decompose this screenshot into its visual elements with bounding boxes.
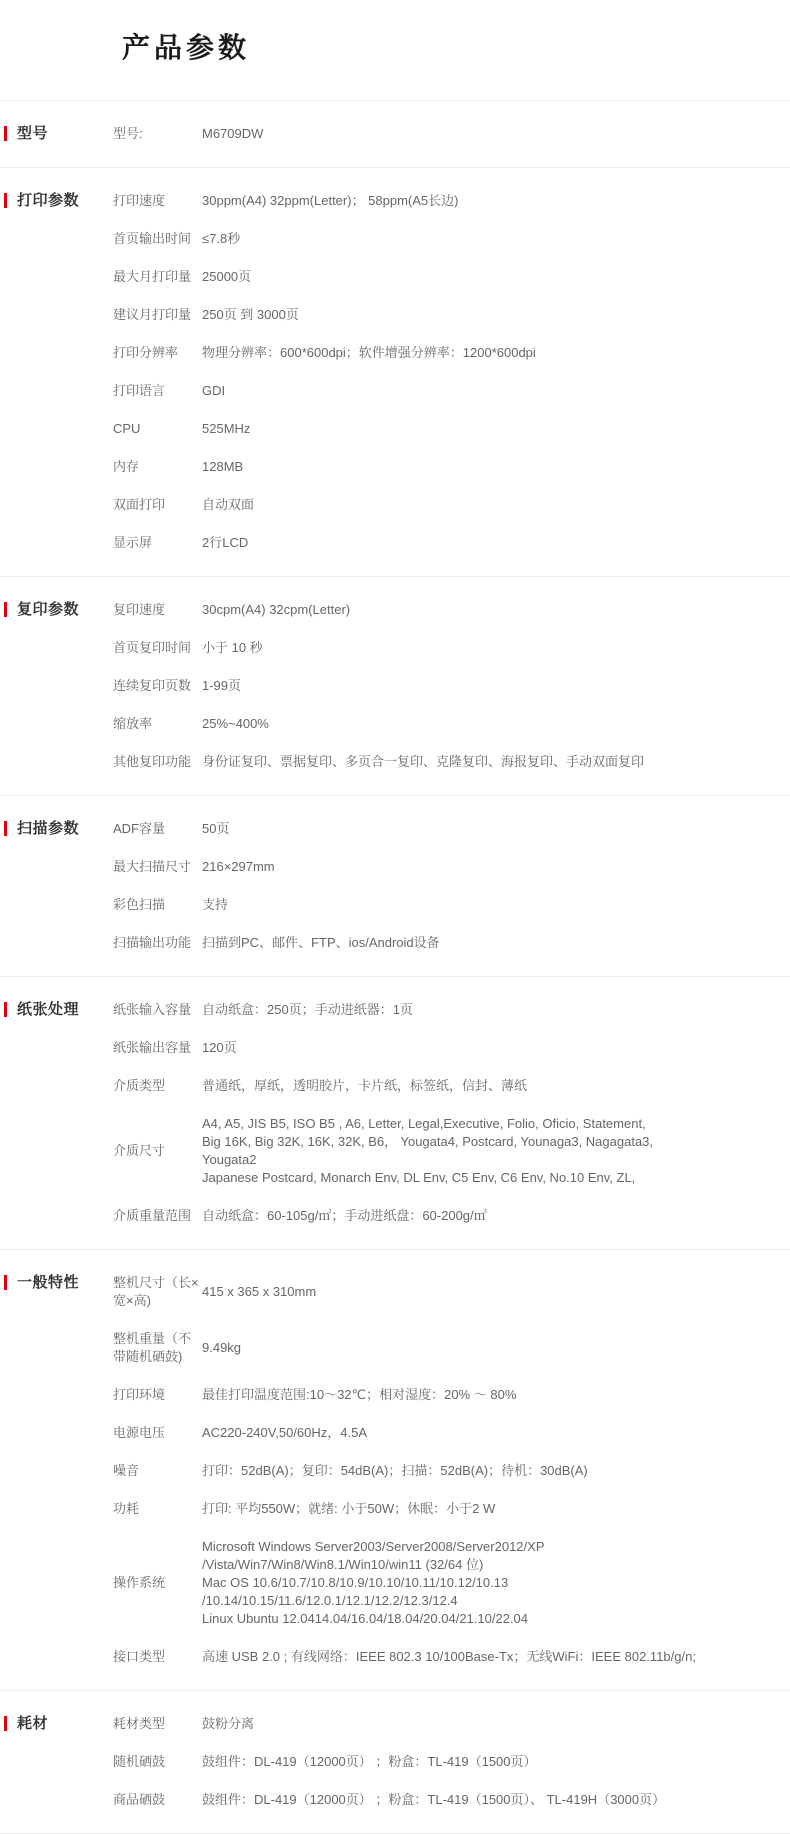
spec-section: 复印参数 复印速度 30cpm(A4) 32cpm(Letter) 首页复印时间… <box>0 576 790 795</box>
spec-section: 打印参数 打印速度 30ppm(A4) 32ppm(Letter)； 58ppm… <box>0 167 790 576</box>
spec-row: 电源电压 AC220-240V,50/60Hz，4.5A <box>113 1414 790 1452</box>
spec-label: 彩色扫描 <box>113 896 202 914</box>
section-header: 纸张处理 <box>4 991 113 1235</box>
product-spec-page: 产品参数 型号 型号: M6709DW 打印参数 打印速度 30ppm(A4) … <box>0 0 790 1834</box>
spec-row: 最大扫描尺寸 216×297mm <box>113 848 790 886</box>
section-rows: ADF容量 50页 最大扫描尺寸 216×297mm 彩色扫描 支持 扫描输出功… <box>113 810 790 962</box>
spec-row: 首页输出时间 ≤7.8秒 <box>113 220 790 258</box>
spec-label: 显示屏 <box>113 534 202 552</box>
spec-value: 525MHz <box>202 420 707 438</box>
spec-row: 打印语言 GDI <box>113 372 790 410</box>
section-marker-bar <box>4 193 7 208</box>
section-header: 型号 <box>4 115 113 153</box>
spec-label: CPU <box>113 420 202 438</box>
spec-row: 其他复印功能 身份证复印、票据复印、多页合一复印、克隆复印、海报复印、手动双面复… <box>113 743 790 781</box>
spec-label: 整机重量（不带随机硒鼓) <box>113 1330 202 1366</box>
spec-row: 介质类型 普通纸，厚纸，透明胶片，卡片纸，标签纸，信封、薄纸 <box>113 1067 790 1105</box>
spec-label: 耗材类型 <box>113 1715 202 1733</box>
section-title: 扫描参数 <box>17 820 79 838</box>
spec-value: 鼓粉分离 <box>202 1715 707 1733</box>
spec-row: 最大月打印量 25000页 <box>113 258 790 296</box>
spec-value: 身份证复印、票据复印、多页合一复印、克隆复印、海报复印、手动双面复印 <box>202 753 707 771</box>
spec-row: 扫描输出功能 扫描到PC、邮件、FTP、ios/Android设备 <box>113 924 790 962</box>
spec-label: 复印速度 <box>113 601 202 619</box>
spec-value: Microsoft Windows Server2003/Server2008/… <box>202 1538 707 1628</box>
spec-row: 噪音 打印：52dB(A)；复印：54dB(A)；扫描：52dB(A)；待机：3… <box>113 1452 790 1490</box>
spec-section: 扫描参数 ADF容量 50页 最大扫描尺寸 216×297mm 彩色扫描 支持 … <box>0 795 790 976</box>
spec-row: 显示屏 2行LCD <box>113 524 790 562</box>
spec-label: 打印环境 <box>113 1386 202 1404</box>
spec-label: 电源电压 <box>113 1424 202 1442</box>
spec-row: 复印速度 30cpm(A4) 32cpm(Letter) <box>113 591 790 629</box>
spec-value: 鼓组件：DL-419（12000页） ；粉盒：TL-419（1500页） <box>202 1753 707 1771</box>
section-title: 耗材 <box>17 1715 48 1733</box>
spec-row: 随机硒鼓 鼓组件：DL-419（12000页） ；粉盒：TL-419（1500页… <box>113 1743 790 1781</box>
spec-row: 功耗 打印: 平均550W；就绪: 小于50W；休眠：小于2 W <box>113 1490 790 1528</box>
spec-row: 型号: M6709DW <box>113 115 790 153</box>
spec-section: 型号 型号: M6709DW <box>0 100 790 167</box>
spec-label: 打印分辨率 <box>113 344 202 362</box>
spec-label: 介质类型 <box>113 1077 202 1095</box>
spec-label: ADF容量 <box>113 820 202 838</box>
spec-row: 首页复印时间 小于 10 秒 <box>113 629 790 667</box>
spec-label: 内存 <box>113 458 202 476</box>
spec-row: 彩色扫描 支持 <box>113 886 790 924</box>
spec-label: 打印速度 <box>113 192 202 210</box>
section-title: 纸张处理 <box>17 1001 79 1019</box>
spec-value: GDI <box>202 382 707 400</box>
spec-value: 自动双面 <box>202 496 707 514</box>
spec-value: 物理分辨率：600*600dpi；软件增强分辨率：1200*600dpi <box>202 344 707 362</box>
spec-value: A4, A5, JIS B5, ISO B5 , A6, Letter, Leg… <box>202 1115 707 1187</box>
section-header: 扫描参数 <box>4 810 113 962</box>
spec-value: 扫描到PC、邮件、FTP、ios/Android设备 <box>202 934 707 952</box>
section-rows: 打印速度 30ppm(A4) 32ppm(Letter)； 58ppm(A5长边… <box>113 182 790 562</box>
page-title: 产品参数 <box>0 0 790 100</box>
spec-value: 25%~400% <box>202 715 707 733</box>
section-header: 一般特性 <box>4 1264 113 1676</box>
spec-value: 415 x 365 x 310mm <box>202 1283 707 1301</box>
spec-row: 商品硒鼓 鼓组件：DL-419（12000页） ；粉盒：TL-419（1500页… <box>113 1781 790 1819</box>
section-marker-bar <box>4 126 7 141</box>
spec-row: 耗材类型 鼓粉分离 <box>113 1705 790 1743</box>
spec-value: 高速 USB 2.0 ; 有线网络：IEEE 802.3 10/100Base-… <box>202 1648 707 1666</box>
spec-row: 打印速度 30ppm(A4) 32ppm(Letter)； 58ppm(A5长边… <box>113 182 790 220</box>
spec-row: CPU 525MHz <box>113 410 790 448</box>
spec-row: ADF容量 50页 <box>113 810 790 848</box>
spec-row: 接口类型 高速 USB 2.0 ; 有线网络：IEEE 802.3 10/100… <box>113 1638 790 1676</box>
spec-row: 打印分辨率 物理分辨率：600*600dpi；软件增强分辨率：1200*600d… <box>113 334 790 372</box>
spec-row: 打印环境 最佳打印温度范围:10～32℃；相对湿度：20% ～ 80% <box>113 1376 790 1414</box>
spec-value: 120页 <box>202 1039 707 1057</box>
spec-label: 介质重量范围 <box>113 1207 202 1225</box>
spec-label: 最大扫描尺寸 <box>113 858 202 876</box>
section-rows: 纸张输入容量 自动纸盒：250页；手动进纸器：1页 纸张输出容量 120页 介质… <box>113 991 790 1235</box>
spec-value: 鼓组件：DL-419（12000页） ；粉盒：TL-419（1500页）、 TL… <box>202 1791 707 1809</box>
section-marker-bar <box>4 1716 7 1731</box>
spec-section: 一般特性 整机尺寸（长×宽×高) 415 x 365 x 310mm 整机重量（… <box>0 1249 790 1690</box>
spec-label: 首页输出时间 <box>113 230 202 248</box>
section-header: 打印参数 <box>4 182 113 562</box>
spec-value: M6709DW <box>202 125 707 143</box>
spec-value: 1-99页 <box>202 677 707 695</box>
section-rows: 型号: M6709DW <box>113 115 790 153</box>
spec-label: 噪音 <box>113 1462 202 1480</box>
spec-row: 建议月打印量 250页 到 3000页 <box>113 296 790 334</box>
spec-row: 内存 128MB <box>113 448 790 486</box>
section-title: 一般特性 <box>17 1274 79 1292</box>
spec-row: 操作系统 Microsoft Windows Server2003/Server… <box>113 1528 790 1638</box>
spec-label: 功耗 <box>113 1500 202 1518</box>
section-rows: 复印速度 30cpm(A4) 32cpm(Letter) 首页复印时间 小于 1… <box>113 591 790 781</box>
spec-row: 整机尺寸（长×宽×高) 415 x 365 x 310mm <box>113 1264 790 1320</box>
spec-label: 介质尺寸 <box>113 1142 202 1160</box>
spec-label: 纸张输入容量 <box>113 1001 202 1019</box>
spec-value: 250页 到 3000页 <box>202 306 707 324</box>
spec-value: 30cpm(A4) 32cpm(Letter) <box>202 601 707 619</box>
spec-section: 耗材 耗材类型 鼓粉分离 随机硒鼓 鼓组件：DL-419（12000页） ；粉盒… <box>0 1690 790 1833</box>
spec-value: 普通纸，厚纸，透明胶片，卡片纸，标签纸，信封、薄纸 <box>202 1077 707 1095</box>
section-header: 耗材 <box>4 1705 113 1819</box>
section-title: 打印参数 <box>17 192 79 210</box>
spec-label: 扫描输出功能 <box>113 934 202 952</box>
spec-label: 型号: <box>113 125 202 143</box>
spec-value: 小于 10 秒 <box>202 639 707 657</box>
spec-row: 缩放率 25%~400% <box>113 705 790 743</box>
spec-row: 连续复印页数 1-99页 <box>113 667 790 705</box>
spec-value: 打印: 平均550W；就绪: 小于50W；休眠：小于2 W <box>202 1500 707 1518</box>
spec-row: 纸张输出容量 120页 <box>113 1029 790 1067</box>
spec-label: 连续复印页数 <box>113 677 202 695</box>
section-marker-bar <box>4 821 7 836</box>
section-header: 复印参数 <box>4 591 113 781</box>
spec-section: 纸张处理 纸张输入容量 自动纸盒：250页；手动进纸器：1页 纸张输出容量 12… <box>0 976 790 1249</box>
spec-row: 介质重量范围 自动纸盒：60-105g/㎡；手动进纸盘：60-200g/㎡ <box>113 1197 790 1235</box>
spec-label: 商品硒鼓 <box>113 1791 202 1809</box>
section-title: 型号 <box>17 125 48 143</box>
spec-label: 接口类型 <box>113 1648 202 1666</box>
spec-row: 整机重量（不带随机硒鼓) 9.49kg <box>113 1320 790 1376</box>
section-marker-bar <box>4 602 7 617</box>
spec-value: 2行LCD <box>202 534 707 552</box>
spec-row: 纸张输入容量 自动纸盒：250页；手动进纸器：1页 <box>113 991 790 1029</box>
spec-label: 其他复印功能 <box>113 753 202 771</box>
spec-label: 建议月打印量 <box>113 306 202 324</box>
spec-label: 打印语言 <box>113 382 202 400</box>
spec-label: 操作系统 <box>113 1574 202 1592</box>
spec-value: 打印：52dB(A)；复印：54dB(A)；扫描：52dB(A)；待机：30dB… <box>202 1462 707 1480</box>
spec-value: 50页 <box>202 820 707 838</box>
spec-value: 128MB <box>202 458 707 476</box>
spec-label: 最大月打印量 <box>113 268 202 286</box>
spec-label: 缩放率 <box>113 715 202 733</box>
spec-value: AC220-240V,50/60Hz，4.5A <box>202 1424 707 1442</box>
spec-row: 双面打印 自动双面 <box>113 486 790 524</box>
section-rows: 耗材类型 鼓粉分离 随机硒鼓 鼓组件：DL-419（12000页） ；粉盒：TL… <box>113 1705 790 1819</box>
spec-label: 整机尺寸（长×宽×高) <box>113 1274 202 1310</box>
section-marker-bar <box>4 1002 7 1017</box>
spec-value: 25000页 <box>202 268 707 286</box>
section-marker-bar <box>4 1275 7 1290</box>
spec-value: 自动纸盒：250页；手动进纸器：1页 <box>202 1001 707 1019</box>
spec-value: 支持 <box>202 896 707 914</box>
spec-value: ≤7.8秒 <box>202 230 707 248</box>
spec-value: 自动纸盒：60-105g/㎡；手动进纸盘：60-200g/㎡ <box>202 1207 707 1225</box>
spec-sections: 型号 型号: M6709DW 打印参数 打印速度 30ppm(A4) 32ppm… <box>0 100 790 1834</box>
spec-label: 随机硒鼓 <box>113 1753 202 1771</box>
spec-value: 9.49kg <box>202 1339 707 1357</box>
spec-label: 纸张输出容量 <box>113 1039 202 1057</box>
spec-label: 双面打印 <box>113 496 202 514</box>
section-title: 复印参数 <box>17 601 79 619</box>
spec-label: 首页复印时间 <box>113 639 202 657</box>
spec-row: 介质尺寸 A4, A5, JIS B5, ISO B5 , A6, Letter… <box>113 1105 790 1197</box>
section-rows: 整机尺寸（长×宽×高) 415 x 365 x 310mm 整机重量（不带随机硒… <box>113 1264 790 1676</box>
spec-value: 216×297mm <box>202 858 707 876</box>
spec-value: 30ppm(A4) 32ppm(Letter)； 58ppm(A5长边) <box>202 192 707 210</box>
spec-value: 最佳打印温度范围:10～32℃；相对湿度：20% ～ 80% <box>202 1386 707 1404</box>
